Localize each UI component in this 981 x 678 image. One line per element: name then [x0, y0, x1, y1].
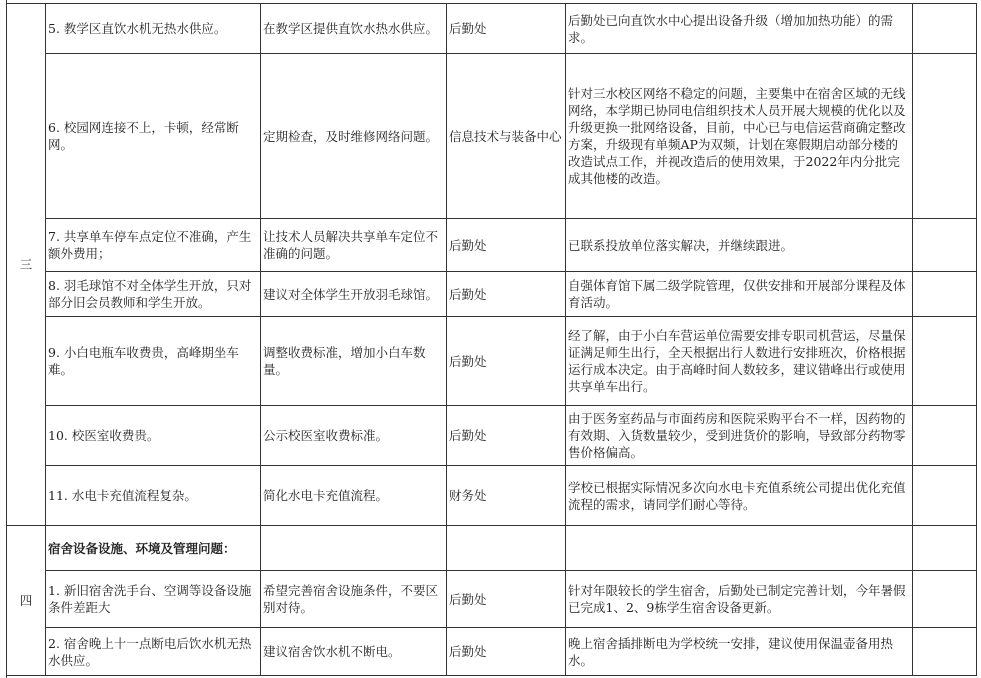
issue-cell: 1. 新旧宿舍洗手台、空调等设备设施条件差距大 [46, 571, 261, 628]
suggestion-cell: 定期检查，及时维修网络问题。 [261, 54, 447, 219]
table-row: 1. 新旧宿舍洗手台、空调等设备设施条件差距大 希望完善宿舍设施条件，不要区别对… [7, 571, 977, 628]
table-row: 8. 羽毛球馆不对全体学生开放，只对部分旧会员教师和学生开放。 建议对全体学生开… [7, 272, 977, 317]
issue-cell: 8. 羽毛球馆不对全体学生开放，只对部分旧会员教师和学生开放。 [46, 272, 261, 317]
table-row: 11. 水电卡充值流程复杂。 简化水电卡充值流程。 财务处 学校已根据实际情况多… [7, 466, 977, 526]
table-row: 6. 校园网连接不上，卡顿，经常断网。 定期检查，及时维修网络问题。 信息技术与… [7, 54, 977, 219]
suggestion-cell: 公示校医室收费标准。 [261, 406, 447, 466]
department-cell: 后勤处 [447, 571, 566, 628]
table-row: 7. 共享单车停车点定位不准确，产生额外费用； 让技术人员解决共享单车定位不准确… [7, 219, 977, 272]
response-cell: 学校已根据实际情况多次向水电卡充值系统公司提出优化充值流程的需求，请同学们耐心等… [566, 466, 913, 526]
suggestion-cell: 让技术人员解决共享单车定位不准确的问题。 [261, 219, 447, 272]
section-number: 四 [7, 526, 46, 676]
issue-cell: 10. 校医室收费贵。 [46, 406, 261, 466]
note-cell [913, 406, 977, 466]
section-number: 三 [7, 4, 46, 526]
issue-cell: 6. 校园网连接不上，卡顿，经常断网。 [46, 54, 261, 219]
note-cell [913, 219, 977, 272]
response-cell: 经了解，由于小白车营运单位需要安排专职司机营运，尽量保证满足师生出行，全天根据出… [566, 317, 913, 406]
note-cell [913, 466, 977, 526]
department-cell: 后勤处 [447, 4, 566, 54]
note-cell [913, 272, 977, 317]
response-cell: 针对三水校区网络不稳定的问题，主要集中在宿舍区域的无线网络，本学期已协同电信组织… [566, 54, 913, 219]
note-cell [913, 4, 977, 54]
table-row: 9. 小白电瓶车收费贵，高峰期坐车难。 调整收费标准，增加小白车数量。 后勤处 … [7, 317, 977, 406]
response-cell: 晚上宿舍插排断电为学校统一安排，建议使用保温壶备用热水。 [566, 628, 913, 676]
suggestion-cell: 调整收费标准，增加小白车数量。 [261, 317, 447, 406]
table-row: 2. 宿舍晚上十一点断电后饮水机无热水供应。 建议宿舍饮水机不断电。 后勤处 晚… [7, 628, 977, 676]
response-cell: 自强体育馆下属二级学院管理，仅供安排和开展部分课程及体育活动。 [566, 272, 913, 317]
department-cell: 后勤处 [447, 406, 566, 466]
suggestion-cell: 简化水电卡充值流程。 [261, 466, 447, 526]
suggestion-cell: 希望完善宿舍设施条件，不要区别对待。 [261, 571, 447, 628]
department-cell: 后勤处 [447, 272, 566, 317]
issue-cell: 9. 小白电瓶车收费贵，高峰期坐车难。 [46, 317, 261, 406]
note-cell [913, 54, 977, 219]
response-cell: 针对年限较长的学生宿舍，后勤处已制定完善计划，今年暑假已完成1、2、9栋学生宿舍… [566, 571, 913, 628]
empty-cell [261, 526, 447, 571]
note-cell [913, 628, 977, 676]
note-cell [913, 317, 977, 406]
empty-cell [566, 526, 913, 571]
section-title: 宿舍设备设施、环境及管理问题： [46, 526, 261, 571]
suggestion-cell: 在教学区提供直饮水热水供应。 [261, 4, 447, 54]
department-cell: 信息技术与装备中心 [447, 54, 566, 219]
issue-cell: 7. 共享单车停车点定位不准确，产生额外费用； [46, 219, 261, 272]
department-cell: 后勤处 [447, 317, 566, 406]
empty-cell [913, 526, 977, 571]
response-cell: 由于医务室药品与市面药房和医院采购平台不一样，因药物的有效期、入货数量较少，受到… [566, 406, 913, 466]
response-cell: 已联系投放单位落实解决，并继续跟进。 [566, 219, 913, 272]
response-cell: 后勤处已向直饮水中心提出设备升级（增加加热功能）的需求。 [566, 4, 913, 54]
department-cell: 财务处 [447, 466, 566, 526]
suggestion-cell: 建议对全体学生开放羽毛球馆。 [261, 272, 447, 317]
issue-cell: 5. 教学区直饮水机无热水供应。 [46, 4, 261, 54]
department-cell: 后勤处 [447, 219, 566, 272]
empty-cell [447, 526, 566, 571]
table-row: 三 5. 教学区直饮水机无热水供应。 在教学区提供直饮水热水供应。 后勤处 后勤… [7, 4, 977, 54]
issue-cell: 11. 水电卡充值流程复杂。 [46, 466, 261, 526]
issue-cell: 2. 宿舍晚上十一点断电后饮水机无热水供应。 [46, 628, 261, 676]
department-cell: 后勤处 [447, 628, 566, 676]
table-row: 四 宿舍设备设施、环境及管理问题： [7, 526, 977, 571]
note-cell [913, 571, 977, 628]
feedback-table: 三 5. 教学区直饮水机无热水供应。 在教学区提供直饮水热水供应。 后勤处 后勤… [6, 3, 977, 676]
suggestion-cell: 建议宿舍饮水机不断电。 [261, 628, 447, 676]
table-row: 10. 校医室收费贵。 公示校医室收费标准。 后勤处 由于医务室药品与市面药房和… [7, 406, 977, 466]
